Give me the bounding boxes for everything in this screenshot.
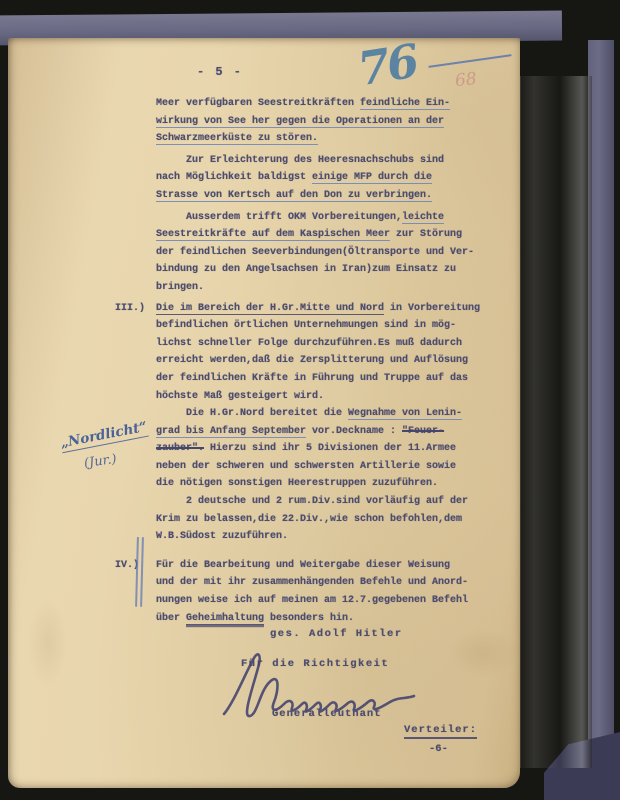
signed-line: ges. Adolf Hitler bbox=[270, 628, 403, 640]
typed-line: nach Möglichkeit baldigst einige MFP dur… bbox=[156, 169, 500, 187]
margin-note-codename: „Nordlicht“ bbox=[59, 419, 149, 453]
typed-line: nungen weise ich auf meinen am 12.7.gege… bbox=[156, 592, 500, 610]
typed-line: Meer verfügbaren Seestreitkräften feindl… bbox=[156, 95, 500, 113]
typed-line: die nötigen sonstigen Heerestruppen zuzu… bbox=[156, 475, 500, 493]
section-number: III.) bbox=[115, 300, 145, 318]
typed-line: lichst schneller Folge durchzuführen.Es … bbox=[156, 335, 500, 353]
typed-line: der feindlichen Kräfte in Führung und Tr… bbox=[156, 370, 500, 388]
typed-line: der feindlichen Seeverbindungen(Öltransp… bbox=[156, 244, 500, 262]
typed-line: Seestreitkräfte auf dem Kaspischen Meer … bbox=[156, 226, 500, 244]
paragraph: III.)Die im Bereich der H.Gr.Mitte und N… bbox=[156, 300, 500, 546]
handwritten-folio-number: 76 bbox=[354, 34, 420, 96]
typed-line: neben der schweren und schwersten Artill… bbox=[156, 458, 500, 476]
typed-body: Meer verfügbaren Seestreitkräften feindl… bbox=[156, 95, 500, 627]
typed-line: Für die Bearbeitung und Weitergabe diese… bbox=[156, 557, 500, 575]
margin-note-initial: (Jur.) bbox=[83, 452, 117, 471]
typed-line: 2 deutsche und 2 rum.Div.sind vorläufig … bbox=[156, 493, 500, 511]
crossed-out-old-folio: 68 bbox=[454, 69, 478, 91]
typed-line: über Geheimhaltung besonders hin. bbox=[156, 610, 500, 628]
pencil-strike-line bbox=[428, 54, 511, 68]
typed-line: Zur Erleichterung des Heeresnachschubs s… bbox=[156, 152, 500, 170]
paragraph: IV.)Für die Bearbeitung und Weitergabe d… bbox=[156, 557, 500, 627]
typed-line: bringen. bbox=[156, 279, 500, 297]
paper-stain bbox=[448, 628, 518, 678]
typed-line: höchste Maß gesteigert wird. bbox=[156, 388, 500, 406]
page-edge-stack bbox=[518, 76, 592, 768]
photo-of-bound-document: { "scan": { "page_number": "- 5 -", "fol… bbox=[0, 0, 620, 800]
paper-stain bbox=[28, 598, 68, 688]
distribution-heading: Verteiler: bbox=[404, 724, 477, 739]
margin-emphasis-bars bbox=[135, 537, 147, 607]
typed-line: Die im Bereich der H.Gr.Mitte und Nord i… bbox=[156, 300, 500, 318]
paragraph: Zur Erleichterung des Heeresnachschubs s… bbox=[156, 152, 500, 205]
typed-line: zauber". Hierzu sind ihr 5 Divisionen de… bbox=[156, 440, 500, 458]
typed-line: Die H.Gr.Nord bereitet die Wegnahme von … bbox=[156, 405, 500, 423]
typed-line: und der mit ihr zusammenhängenden Befehl… bbox=[156, 574, 500, 592]
typed-line: Krim zu belassen,die 22.Div.,wie schon b… bbox=[156, 511, 500, 529]
typed-line: Schwarzmeerküste zu stören. bbox=[156, 130, 500, 148]
document-page: - 5 - 76 68 Meer verfügbaren Seestreitkr… bbox=[8, 38, 520, 788]
typed-line: bindung zu den Angelsachsen in Iran)zum … bbox=[156, 261, 500, 279]
typed-line: grad bis Anfang September vor.Deckname :… bbox=[156, 423, 500, 441]
typed-line: wirkung von See her gegen die Operatione… bbox=[156, 113, 500, 131]
paragraph: Ausserdem trifft OKM Vorbereitungen,leic… bbox=[156, 209, 500, 297]
typed-line: befindlichen örtlichen Unternehmungen si… bbox=[156, 317, 500, 335]
next-page-number: -6- bbox=[429, 743, 448, 755]
typed-line: W.B.Südost zuzuführen. bbox=[156, 528, 500, 546]
page-stack-sheen bbox=[521, 76, 592, 768]
rank-line: Generalleutnant bbox=[272, 708, 382, 720]
typed-line: erreicht werden,daß die Zersplitterung u… bbox=[156, 352, 500, 370]
typed-line: Strasse von Kertsch auf den Don zu verbr… bbox=[156, 187, 500, 205]
page-number: - 5 - bbox=[197, 65, 243, 79]
paragraph: Meer verfügbaren Seestreitkräften feindl… bbox=[156, 95, 500, 148]
typed-line: Ausserdem trifft OKM Vorbereitungen,leic… bbox=[156, 209, 500, 227]
